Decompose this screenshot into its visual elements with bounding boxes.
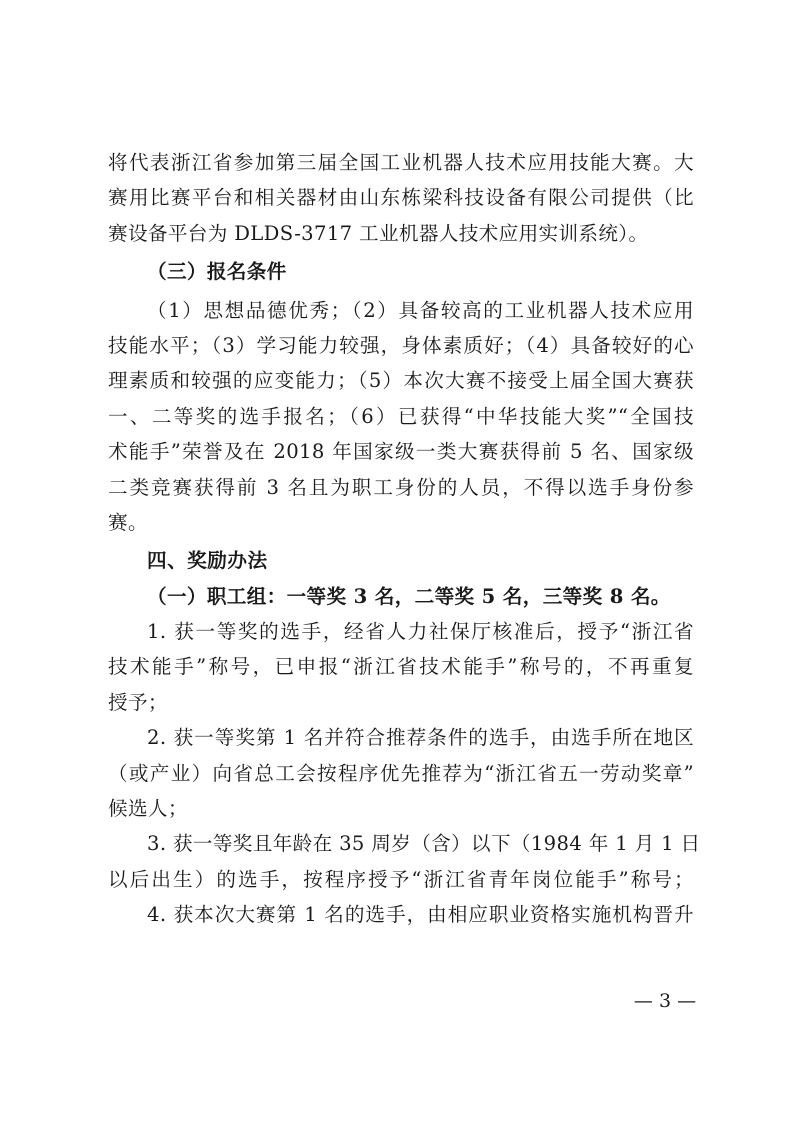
paragraph-reward-item-2: 2. 获一等奖第 1 名并符合推荐条件的选手，由选手所在地区 （或产业）向省总工… — [108, 720, 694, 826]
text-line: 术能手”荣誉及在 2018 年国家级一类大赛获得前 5 名、国家级 — [108, 434, 694, 469]
text-line: （或产业）向省总工会按程序优先推荐为“浙江省五一劳动奖章” — [108, 756, 694, 791]
text-line: 技术能手”称号，已申报“浙江省技术能手”称号的，不再重复 — [108, 649, 694, 684]
text-line: 授予； — [108, 685, 694, 720]
text-line: 将代表浙江省参加第三届全国工业机器人技术应用技能大赛。大 — [108, 145, 694, 180]
text-line: 赛。 — [108, 505, 694, 540]
text-line: 2. 获一等奖第 1 名并符合推荐条件的选手，由选手所在地区 — [108, 720, 694, 755]
text-line: 理素质和较强的应变能力；（5）本次大赛不接受上届全国大赛获 — [108, 363, 694, 398]
text-line: 赛用比赛平台和相关器材由山东栋梁科技设备有限公司提供（比 — [108, 180, 694, 215]
text-line: （1）思想品德优秀；（2）具备较高的工业机器人技术应用 — [108, 293, 694, 328]
page-number: — 3 — — [630, 990, 700, 1012]
text-line: 二类竞赛获得前 3 名且为职工身份的人员，不得以选手身份参 — [108, 470, 694, 505]
text-line: 3. 获一等奖且年龄在 35 周岁（含）以下（1984 年 1 月 1 日 — [108, 826, 694, 861]
text-line: 赛设备平台为 DLDS-3717 工业机器人技术应用实训系统）。 — [108, 216, 694, 251]
text-line: 一、二等奖的选手报名；（6）已获得“中华技能大奖”“全国技 — [108, 399, 694, 434]
text-line: 1. 获一等奖的选手，经省人力社保厅核准后，授予“浙江省 — [108, 614, 694, 649]
paragraph-registration-conditions: （1）思想品德优秀；（2）具备较高的工业机器人技术应用 技能水平；（3）学习能力… — [108, 293, 694, 541]
text-line: 以后出生）的选手，按程序授予“浙江省青年岗位能手”称号； — [108, 862, 694, 897]
document-page: 将代表浙江省参加第三届全国工业机器人技术应用技能大赛。大 赛用比赛平台和相关器材… — [108, 145, 694, 933]
paragraph-reward-item-3: 3. 获一等奖且年龄在 35 周岁（含）以下（1984 年 1 月 1 日 以后… — [108, 826, 694, 897]
paragraph-reward-item-1: 1. 获一等奖的选手，经省人力社保厅核准后，授予“浙江省 技术能手”称号，已申报… — [108, 614, 694, 720]
section-heading-rewards: 四、奖励办法 — [108, 543, 694, 578]
subheading-registration-conditions: （三）报名条件 — [108, 254, 694, 289]
text-line: 4. 获本次大赛第 1 名的选手，由相应职业资格实施机构晋升 — [108, 897, 694, 932]
subheading-staff-group: （一）职工组：一等奖 3 名，二等奖 5 名，三等奖 8 名。 — [108, 579, 694, 614]
paragraph-reward-item-4: 4. 获本次大赛第 1 名的选手，由相应职业资格实施机构晋升 — [108, 897, 694, 932]
text-line: 技能水平；（3）学习能力较强，身体素质好；（4）具备较好的心 — [108, 328, 694, 363]
paragraph-competition-platform: 将代表浙江省参加第三届全国工业机器人技术应用技能大赛。大 赛用比赛平台和相关器材… — [108, 145, 694, 251]
text-line: 候选人； — [108, 791, 694, 826]
